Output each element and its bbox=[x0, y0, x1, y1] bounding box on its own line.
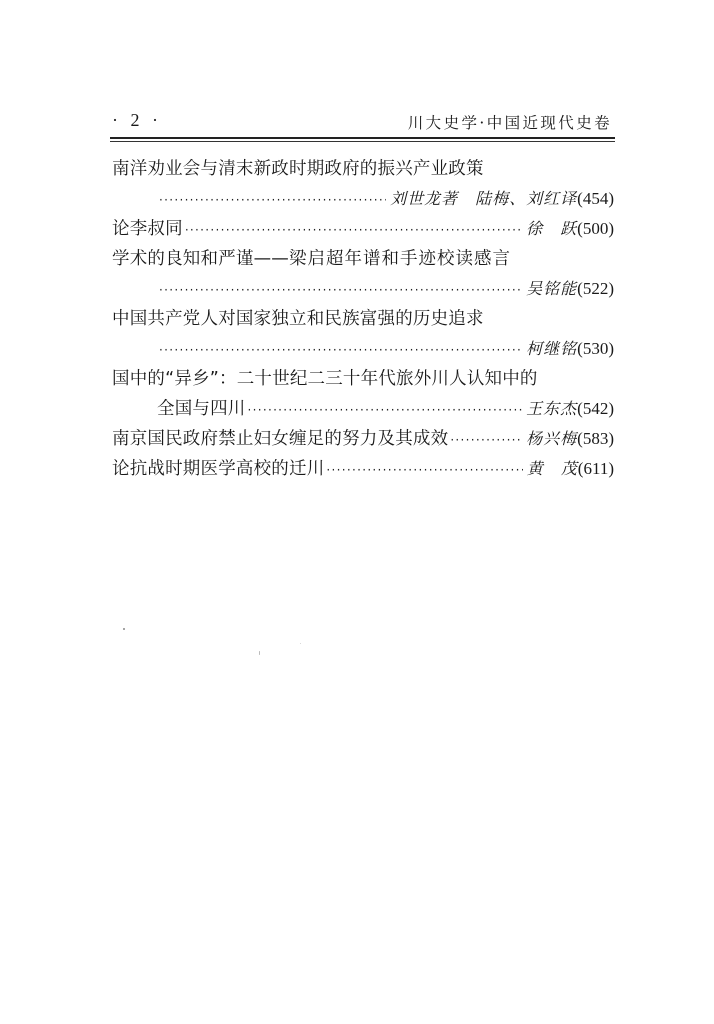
toc-entry-title: 南洋劝业会与清末新政时期政府的振兴产业政策 bbox=[112, 154, 614, 184]
entry-page: (611) bbox=[578, 454, 614, 484]
dot-leader: ········································… bbox=[159, 185, 386, 215]
header-rule-thin bbox=[110, 141, 615, 142]
entry-subtitle: 梁启超年谱和手迹校读感言 bbox=[289, 249, 511, 269]
entry-page: (522) bbox=[577, 274, 614, 304]
toc-entry: 论抗战时期医学高校的迁川 ···························… bbox=[112, 454, 614, 484]
entry-title-continued: 全国与四川 bbox=[157, 394, 246, 424]
entry-title: 中国共产党人对国家独立和民族富强的历史追求 bbox=[112, 309, 484, 329]
entry-title: 论抗战时期医学高校的迁川 bbox=[112, 454, 324, 484]
entry-author: 徐 跃 bbox=[526, 214, 577, 244]
entry-page: (542) bbox=[577, 394, 614, 424]
running-title: 川大史学·中国近现代史卷 bbox=[408, 111, 612, 133]
entry-author: 王东杰 bbox=[526, 394, 577, 424]
entry-author: 杨兴梅 bbox=[526, 424, 577, 454]
dot-leader: ········································… bbox=[326, 455, 522, 485]
entry-title: 学术的良知和严谨—— bbox=[112, 249, 289, 269]
entry-author: 吴铭能 bbox=[526, 274, 577, 304]
dot-leader: ········································… bbox=[159, 275, 522, 305]
toc-entry-title: 中国共产党人对国家独立和民族富强的历史追求 bbox=[112, 304, 614, 334]
book-page: · 2 · 川大史学·中国近现代史卷 南洋劝业会与清末新政时期政府的振兴产业政策… bbox=[112, 104, 614, 136]
toc-entry-leader: ········································… bbox=[112, 334, 614, 364]
entry-page: (500) bbox=[577, 214, 614, 244]
toc-entry: 论李叔同 ···································… bbox=[112, 214, 614, 244]
table-of-contents: 南洋劝业会与清末新政时期政府的振兴产业政策 ··················… bbox=[112, 154, 614, 484]
dot-leader: ········································… bbox=[450, 425, 522, 455]
header-rule-thick bbox=[110, 137, 615, 139]
entry-page: (583) bbox=[577, 424, 614, 454]
running-head: · 2 · 川大史学·中国近现代史卷 bbox=[112, 104, 614, 136]
toc-entry-title: 学术的良知和严谨——梁启超年谱和手迹校读感言 bbox=[112, 244, 614, 274]
entry-author: 黄 茂 bbox=[527, 454, 578, 484]
toc-entry-leader: ········································… bbox=[112, 274, 614, 304]
entry-title: 论李叔同 bbox=[112, 214, 183, 244]
scan-speck bbox=[300, 643, 301, 644]
entry-title: 南京国民政府禁止妇女缠足的努力及其成效 bbox=[112, 424, 448, 454]
entry-page: (454) bbox=[577, 184, 614, 214]
entry-author: 柯继铭 bbox=[526, 334, 577, 364]
page-number: · 2 · bbox=[112, 110, 162, 131]
toc-entry-leader: 全国与四川 ··································… bbox=[112, 394, 614, 424]
scan-speck bbox=[259, 651, 260, 655]
dot-leader: ········································… bbox=[159, 335, 522, 365]
entry-title: 国中的“异乡”：二十世纪二三十年代旅外川人认知中的 bbox=[112, 369, 538, 389]
entry-title: 南洋劝业会与清末新政时期政府的振兴产业政策 bbox=[112, 159, 484, 179]
dot-leader: ········································… bbox=[185, 215, 522, 245]
scan-speck bbox=[123, 628, 125, 630]
toc-entry-leader: ········································… bbox=[112, 184, 614, 214]
toc-entry: 南京国民政府禁止妇女缠足的努力及其成效 ····················… bbox=[112, 424, 614, 454]
entry-author: 刘世龙著 陆梅、刘红译 bbox=[390, 184, 577, 214]
dot-leader: ········································… bbox=[248, 395, 523, 425]
entry-page: (530) bbox=[577, 334, 614, 364]
toc-entry-title: 国中的“异乡”：二十世纪二三十年代旅外川人认知中的 bbox=[112, 364, 614, 394]
